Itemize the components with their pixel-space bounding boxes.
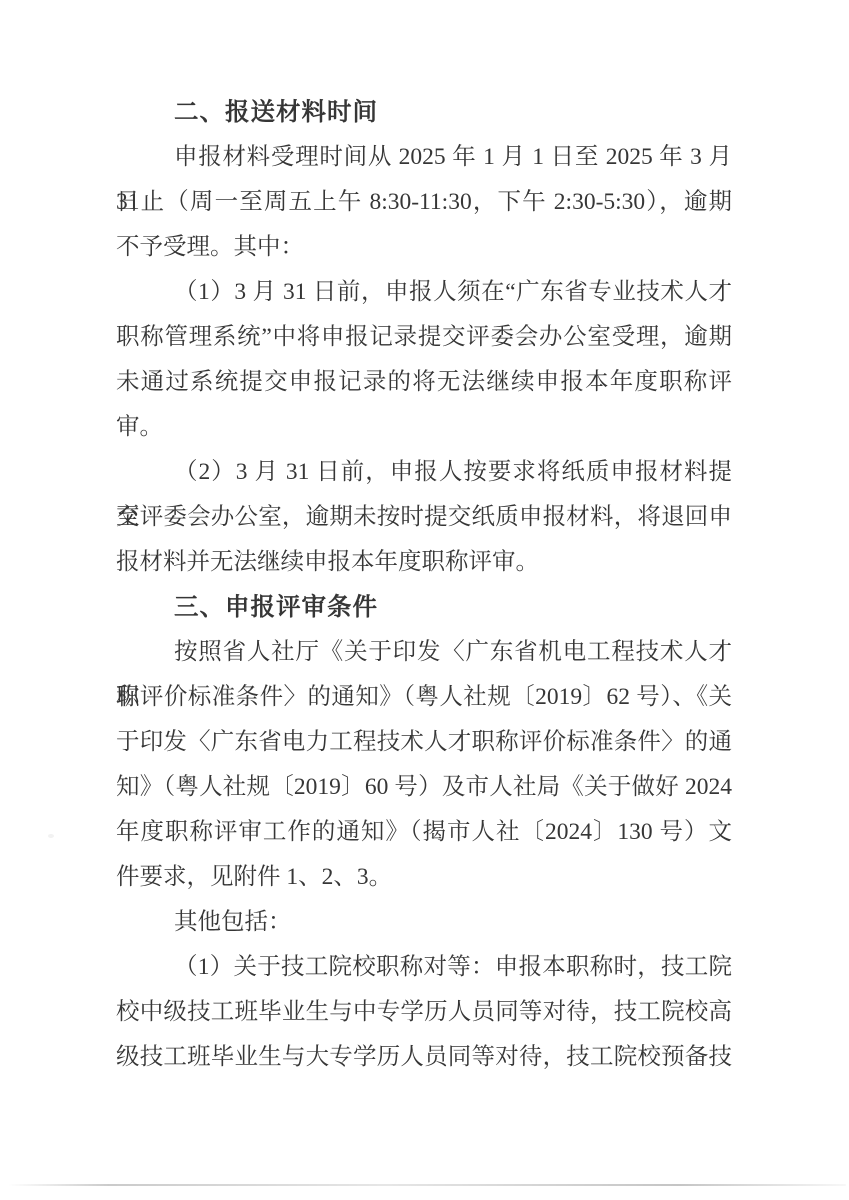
document-line: 称评价标准条件〉的通知》（粤人社规〔2019〕62 号）、《关 <box>116 675 732 720</box>
section-heading: 二、报送材料时间 <box>116 90 732 135</box>
document-line: 于印发〈广东省电力工程技术人才职称评价标准条件〉的通 <box>116 720 732 765</box>
document-line: 知》（粤人社规〔2019〕60 号）及市人社局《关于做好 2024 <box>116 765 732 810</box>
section-heading: 三、申报评审条件 <box>116 585 732 630</box>
document-line: 不予受理。其中： <box>116 225 732 270</box>
document-body: 二、报送材料时间申报材料受理时间从 2025 年 1 月 1 日至 2025 年… <box>116 90 732 1080</box>
document-line: 申报材料受理时间从 2025 年 1 月 1 日至 2025 年 3 月 31 <box>116 135 732 180</box>
document-line: 校中级技工班毕业生与中专学历人员同等对待，技工院校高 <box>116 990 732 1035</box>
document-page: 二、报送材料时间申报材料受理时间从 2025 年 1 月 1 日至 2025 年… <box>0 0 849 1200</box>
document-line: 审。 <box>116 405 732 450</box>
document-line: （2）3 月 31 日前，申报人按要求将纸质申报材料提交 <box>116 450 732 495</box>
document-line: （1）3 月 31 日前，申报人须在“广东省专业技术人才 <box>116 270 732 315</box>
page-edge-shadow <box>8 1184 846 1186</box>
document-line: （1）关于技工院校职称对等：申报本职称时，技工院 <box>116 945 732 990</box>
document-line: 报材料并无法继续申报本年度职称评审。 <box>116 540 732 585</box>
scan-speck <box>48 834 54 838</box>
document-line: 至评委会办公室，逾期未按时提交纸质申报材料，将退回申 <box>116 495 732 540</box>
document-line: 未通过系统提交申报记录的将无法继续申报本年度职称评 <box>116 360 732 405</box>
document-line: 职称管理系统”中将申报记录提交评委会办公室受理，逾期 <box>116 315 732 360</box>
document-line: 其他包括： <box>116 900 732 945</box>
document-line: 级技工班毕业生与大专学历人员同等对待，技工院校预备技 <box>116 1035 732 1080</box>
document-line: 日止（周一至周五上午 8:30-11:30，下午 2:30-5:30），逾期 <box>116 180 732 225</box>
document-line: 按照省人社厅《关于印发〈广东省机电工程技术人才职 <box>116 630 732 675</box>
document-line: 件要求，见附件 1、2、3。 <box>116 855 732 900</box>
document-line: 年度职称评审工作的通知》（揭市人社〔2024〕130 号）文 <box>116 810 732 855</box>
